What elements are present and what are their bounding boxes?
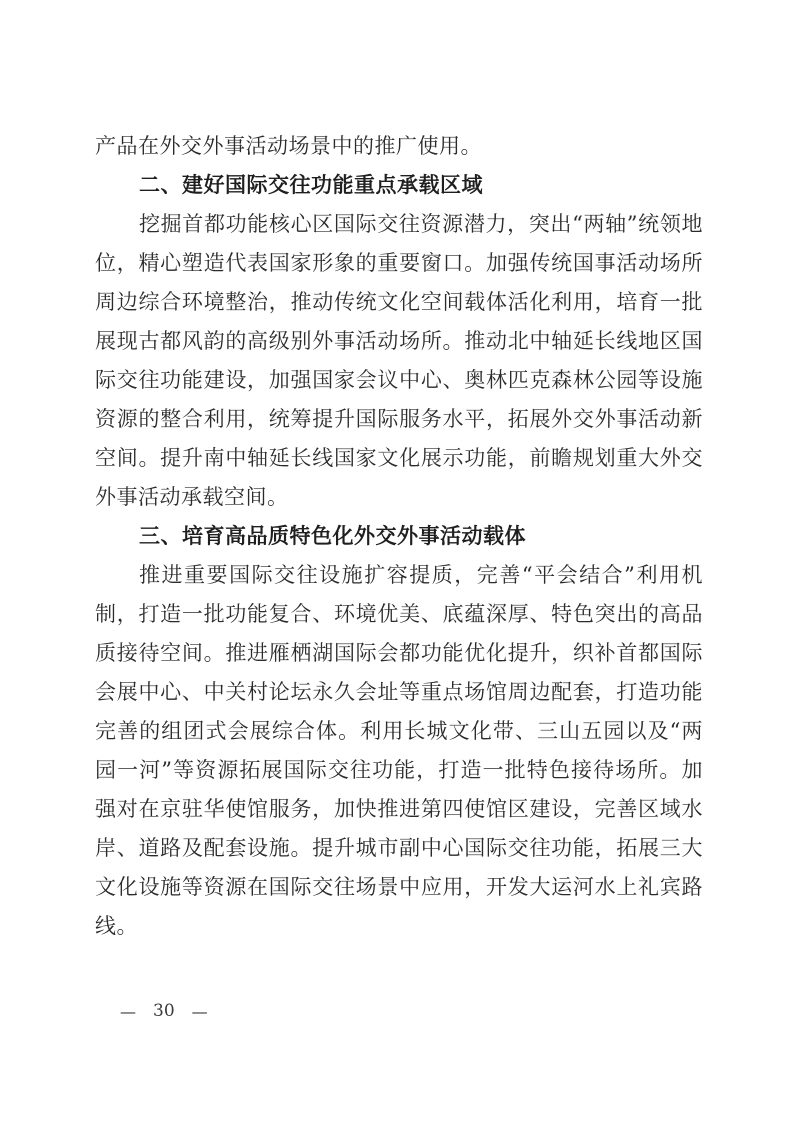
paragraph-section-2: 挖掘首都功能核心区国际交往资源潜力，突出“两轴”统领地位，精心塑造代表国家形象的… [95,205,703,517]
page-number: 30 [153,1001,175,1021]
document-content: 产品在外交外事活动场景中的推广使用。 二、建好国际交往功能重点承载区域 挖掘首都… [95,127,703,946]
document-page: 产品在外交外事活动场景中的推广使用。 二、建好国际交往功能重点承载区域 挖掘首都… [0,0,794,1123]
footer-dash-right: — [192,1002,208,1021]
paragraph-continuation: 产品在外交外事活动场景中的推广使用。 [95,127,703,166]
section-heading-2: 二、建好国际交往功能重点承载区域 [95,166,703,205]
paragraph-section-3: 推进重要国际交往设施扩容提质，完善“平会结合”利用机制，打造一批功能复合、环境优… [95,556,703,946]
page-footer: — 30 — [120,1001,208,1021]
section-heading-3: 三、培育高品质特色化外交外事活动载体 [95,517,703,556]
footer-dash-left: — [120,1002,136,1021]
